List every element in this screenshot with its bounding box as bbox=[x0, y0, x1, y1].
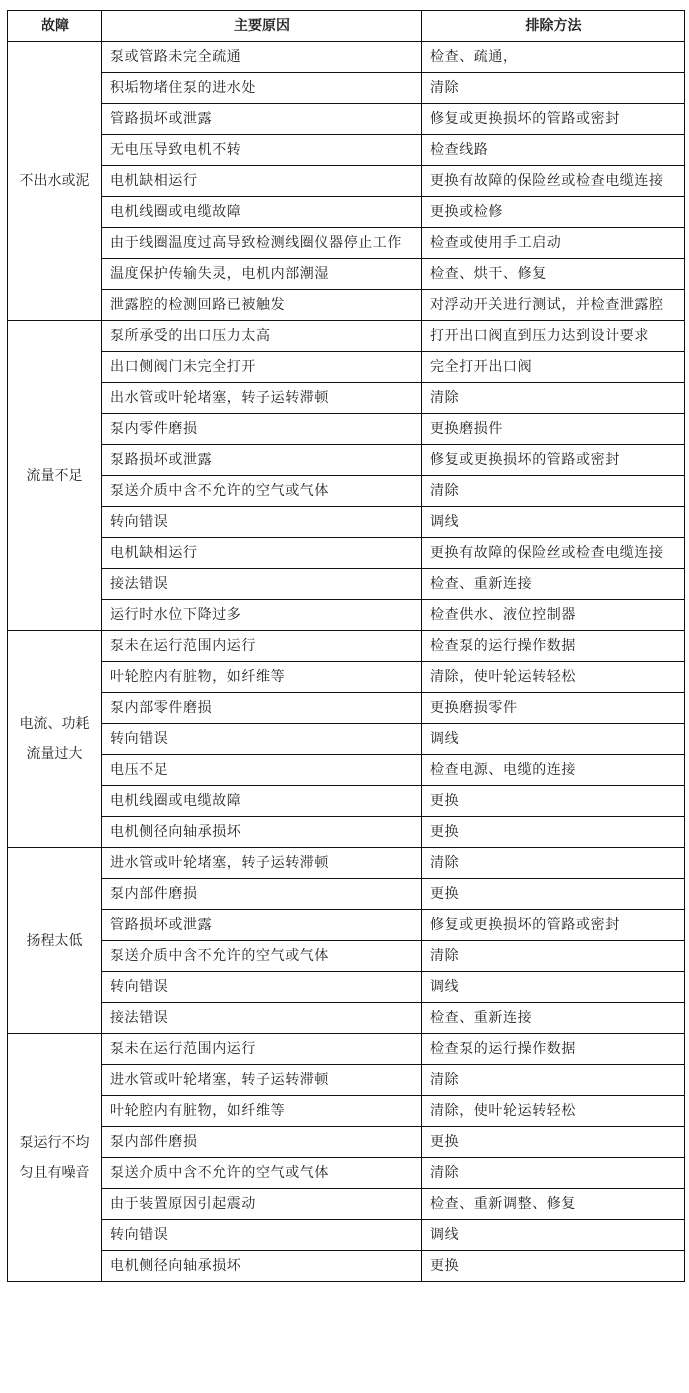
table-row: 出口侧阀门未完全打开完全打开出口阀 bbox=[8, 352, 685, 383]
cause-cell: 运行时水位下降过多 bbox=[102, 600, 422, 631]
table-row: 叶轮腔内有脏物，如纤维等清除，使叶轮运转轻松 bbox=[8, 1096, 685, 1127]
table-row: 电机侧径向轴承损坏更换 bbox=[8, 817, 685, 848]
table-row: 泵送介质中含不允许的空气或气体清除 bbox=[8, 1158, 685, 1189]
cause-cell: 泄露腔的检测回路已被触发 bbox=[102, 290, 422, 321]
remedy-cell: 更换磨损零件 bbox=[422, 693, 685, 724]
table-row: 电机线圈或电缆故障更换或检修 bbox=[8, 197, 685, 228]
cause-cell: 泵或管路未完全疏通 bbox=[102, 42, 422, 73]
header-fault: 故障 bbox=[8, 11, 102, 42]
remedy-cell: 更换 bbox=[422, 1127, 685, 1158]
table-row: 泵内部零件磨损更换磨损零件 bbox=[8, 693, 685, 724]
cause-cell: 泵所承受的出口压力太高 bbox=[102, 321, 422, 352]
cause-cell: 泵路损坏或泄露 bbox=[102, 445, 422, 476]
cause-cell: 泵送介质中含不允许的空气或气体 bbox=[102, 476, 422, 507]
table-row: 电机缺相运行更换有故障的保险丝或检查电缆连接 bbox=[8, 166, 685, 197]
cause-cell: 电机线圈或电缆故障 bbox=[102, 197, 422, 228]
remedy-cell: 修复或更换损坏的管路或密封 bbox=[422, 445, 685, 476]
cause-cell: 出水管或叶轮堵塞，转子运转滞顿 bbox=[102, 383, 422, 414]
table-row: 接法错误检查、重新连接 bbox=[8, 569, 685, 600]
cause-cell: 转向错误 bbox=[102, 724, 422, 755]
cause-cell: 电机缺相运行 bbox=[102, 538, 422, 569]
remedy-cell: 检查线路 bbox=[422, 135, 685, 166]
remedy-cell: 对浮动开关进行测试，并检查泄露腔 bbox=[422, 290, 685, 321]
remedy-cell: 更换 bbox=[422, 1251, 685, 1282]
fault-cell: 流量不足 bbox=[8, 321, 102, 631]
cause-cell: 转向错误 bbox=[102, 507, 422, 538]
remedy-cell: 检查泵的运行操作数据 bbox=[422, 1034, 685, 1065]
fault-cell: 电流、功耗流量过大 bbox=[8, 631, 102, 848]
remedy-cell: 检查泵的运行操作数据 bbox=[422, 631, 685, 662]
table-row: 泵运行不均匀且有噪音泵未在运行范围内运行检查泵的运行操作数据 bbox=[8, 1034, 685, 1065]
table-row: 转向错误调线 bbox=[8, 507, 685, 538]
cause-cell: 泵未在运行范围内运行 bbox=[102, 1034, 422, 1065]
header-remedy: 排除方法 bbox=[422, 11, 685, 42]
table-row: 出水管或叶轮堵塞，转子运转滞顿清除 bbox=[8, 383, 685, 414]
table-row: 不出水或泥泵或管路未完全疏通检查、疏通， bbox=[8, 42, 685, 73]
cause-cell: 泵送介质中含不允许的空气或气体 bbox=[102, 941, 422, 972]
cause-cell: 积垢物堵住泵的进水处 bbox=[102, 73, 422, 104]
remedy-cell: 调线 bbox=[422, 724, 685, 755]
remedy-cell: 检查、烘干、修复 bbox=[422, 259, 685, 290]
cause-cell: 电机线圈或电缆故障 bbox=[102, 786, 422, 817]
cause-cell: 叶轮腔内有脏物，如纤维等 bbox=[102, 662, 422, 693]
remedy-cell: 清除 bbox=[422, 848, 685, 879]
fault-cell: 不出水或泥 bbox=[8, 42, 102, 321]
table-row: 温度保护传输失灵，电机内部潮湿检查、烘干、修复 bbox=[8, 259, 685, 290]
cause-cell: 接法错误 bbox=[102, 569, 422, 600]
cause-cell: 由于线圈温度过高导致检测线圈仪器停止工作 bbox=[102, 228, 422, 259]
cause-cell: 电压不足 bbox=[102, 755, 422, 786]
remedy-cell: 修复或更换损坏的管路或密封 bbox=[422, 910, 685, 941]
table-row: 电机侧径向轴承损坏更换 bbox=[8, 1251, 685, 1282]
cause-cell: 泵未在运行范围内运行 bbox=[102, 631, 422, 662]
table-row: 电流、功耗流量过大泵未在运行范围内运行检查泵的运行操作数据 bbox=[8, 631, 685, 662]
remedy-cell: 清除 bbox=[422, 1065, 685, 1096]
table-row: 流量不足泵所承受的出口压力太高打开出口阀直到压力达到设计要求 bbox=[8, 321, 685, 352]
remedy-cell: 清除 bbox=[422, 1158, 685, 1189]
table-row: 泄露腔的检测回路已被触发对浮动开关进行测试，并检查泄露腔 bbox=[8, 290, 685, 321]
remedy-cell: 清除 bbox=[422, 383, 685, 414]
remedy-cell: 更换 bbox=[422, 879, 685, 910]
cause-cell: 出口侧阀门未完全打开 bbox=[102, 352, 422, 383]
cause-cell: 叶轮腔内有脏物，如纤维等 bbox=[102, 1096, 422, 1127]
cause-cell: 泵内部件磨损 bbox=[102, 879, 422, 910]
troubleshooting-table: 故障 主要原因 排除方法 不出水或泥泵或管路未完全疏通检查、疏通，积垢物堵住泵的… bbox=[7, 10, 685, 1282]
cause-cell: 进水管或叶轮堵塞，转子运转滞顿 bbox=[102, 848, 422, 879]
remedy-cell: 检查、重新连接 bbox=[422, 569, 685, 600]
cause-cell: 电机侧径向轴承损坏 bbox=[102, 1251, 422, 1282]
remedy-cell: 检查或使用手工启动 bbox=[422, 228, 685, 259]
table-row: 扬程太低进水管或叶轮堵塞，转子运转滞顿清除 bbox=[8, 848, 685, 879]
table-row: 泵内部件磨损更换 bbox=[8, 1127, 685, 1158]
remedy-cell: 更换 bbox=[422, 817, 685, 848]
remedy-cell: 调线 bbox=[422, 507, 685, 538]
remedy-cell: 检查、重新连接 bbox=[422, 1003, 685, 1034]
cause-cell: 转向错误 bbox=[102, 972, 422, 1003]
remedy-cell: 清除 bbox=[422, 941, 685, 972]
remedy-cell: 清除，使叶轮运转轻松 bbox=[422, 1096, 685, 1127]
table-row: 泵路损坏或泄露修复或更换损坏的管路或密封 bbox=[8, 445, 685, 476]
table-row: 泵送介质中含不允许的空气或气体清除 bbox=[8, 941, 685, 972]
table-row: 积垢物堵住泵的进水处清除 bbox=[8, 73, 685, 104]
fault-cell: 扬程太低 bbox=[8, 848, 102, 1034]
remedy-cell: 清除 bbox=[422, 476, 685, 507]
cause-cell: 转向错误 bbox=[102, 1220, 422, 1251]
table-row: 泵内部件磨损更换 bbox=[8, 879, 685, 910]
cause-cell: 无电压导致电机不转 bbox=[102, 135, 422, 166]
cause-cell: 进水管或叶轮堵塞，转子运转滞顿 bbox=[102, 1065, 422, 1096]
table-row: 管路损坏或泄露修复或更换损坏的管路或密封 bbox=[8, 104, 685, 135]
cause-cell: 管路损坏或泄露 bbox=[102, 104, 422, 135]
remedy-cell: 更换或检修 bbox=[422, 197, 685, 228]
cause-cell: 温度保护传输失灵，电机内部潮湿 bbox=[102, 259, 422, 290]
table-row: 转向错误调线 bbox=[8, 724, 685, 755]
fault-cell: 泵运行不均匀且有噪音 bbox=[8, 1034, 102, 1282]
cause-cell: 管路损坏或泄露 bbox=[102, 910, 422, 941]
remedy-cell: 打开出口阀直到压力达到设计要求 bbox=[422, 321, 685, 352]
cause-cell: 泵内部零件磨损 bbox=[102, 693, 422, 724]
table-row: 泵内零件磨损更换磨损件 bbox=[8, 414, 685, 445]
remedy-cell: 更换有故障的保险丝或检查电缆连接 bbox=[422, 538, 685, 569]
remedy-cell: 检查、重新调整、修复 bbox=[422, 1189, 685, 1220]
remedy-cell: 清除 bbox=[422, 73, 685, 104]
remedy-cell: 更换 bbox=[422, 786, 685, 817]
remedy-cell: 调线 bbox=[422, 1220, 685, 1251]
cause-cell: 电机缺相运行 bbox=[102, 166, 422, 197]
cause-cell: 由于装置原因引起震动 bbox=[102, 1189, 422, 1220]
table-row: 进水管或叶轮堵塞，转子运转滞顿清除 bbox=[8, 1065, 685, 1096]
table-row: 电机线圈或电缆故障更换 bbox=[8, 786, 685, 817]
remedy-cell: 更换磨损件 bbox=[422, 414, 685, 445]
cause-cell: 泵送介质中含不允许的空气或气体 bbox=[102, 1158, 422, 1189]
table-body: 不出水或泥泵或管路未完全疏通检查、疏通，积垢物堵住泵的进水处清除管路损坏或泄露修… bbox=[8, 42, 685, 1282]
cause-cell: 接法错误 bbox=[102, 1003, 422, 1034]
cause-cell: 泵内部件磨损 bbox=[102, 1127, 422, 1158]
table-row: 电机缺相运行更换有故障的保险丝或检查电缆连接 bbox=[8, 538, 685, 569]
table-row: 由于线圈温度过高导致检测线圈仪器停止工作检查或使用手工启动 bbox=[8, 228, 685, 259]
remedy-cell: 检查、疏通， bbox=[422, 42, 685, 73]
remedy-cell: 检查电源、电缆的连接 bbox=[422, 755, 685, 786]
header-cause: 主要原因 bbox=[102, 11, 422, 42]
remedy-cell: 调线 bbox=[422, 972, 685, 1003]
table-row: 管路损坏或泄露修复或更换损坏的管路或密封 bbox=[8, 910, 685, 941]
table-row: 无电压导致电机不转检查线路 bbox=[8, 135, 685, 166]
table-row: 泵送介质中含不允许的空气或气体清除 bbox=[8, 476, 685, 507]
table-row: 转向错误调线 bbox=[8, 972, 685, 1003]
cause-cell: 电机侧径向轴承损坏 bbox=[102, 817, 422, 848]
table-row: 由于装置原因引起震动检查、重新调整、修复 bbox=[8, 1189, 685, 1220]
remedy-cell: 检查供水、液位控制器 bbox=[422, 600, 685, 631]
remedy-cell: 完全打开出口阀 bbox=[422, 352, 685, 383]
table-row: 接法错误检查、重新连接 bbox=[8, 1003, 685, 1034]
table-row: 转向错误调线 bbox=[8, 1220, 685, 1251]
cause-cell: 泵内零件磨损 bbox=[102, 414, 422, 445]
remedy-cell: 修复或更换损坏的管路或密封 bbox=[422, 104, 685, 135]
remedy-cell: 清除，使叶轮运转轻松 bbox=[422, 662, 685, 693]
table-row: 运行时水位下降过多检查供水、液位控制器 bbox=[8, 600, 685, 631]
remedy-cell: 更换有故障的保险丝或检查电缆连接 bbox=[422, 166, 685, 197]
table-row: 叶轮腔内有脏物，如纤维等清除，使叶轮运转轻松 bbox=[8, 662, 685, 693]
table-row: 电压不足检查电源、电缆的连接 bbox=[8, 755, 685, 786]
header-row: 故障 主要原因 排除方法 bbox=[8, 11, 685, 42]
